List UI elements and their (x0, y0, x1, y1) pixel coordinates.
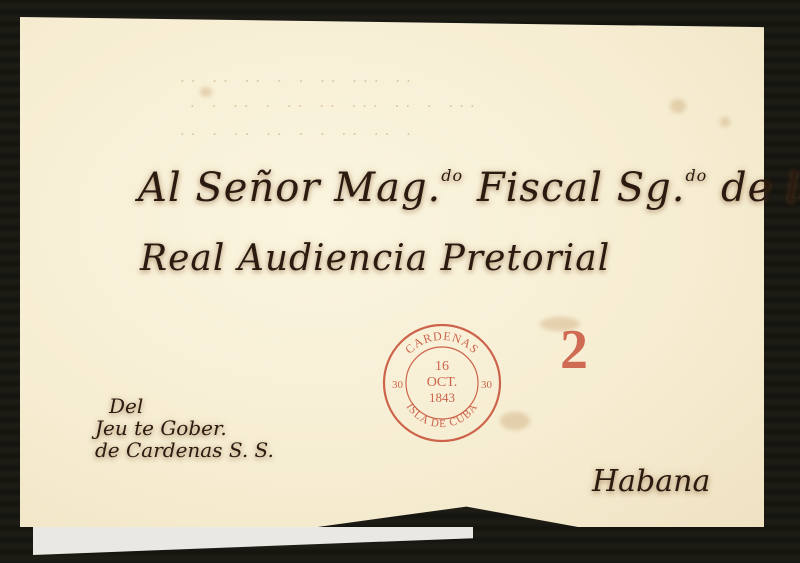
bleed-through-text: ·· · ·· ·· · · ·· ·· · (180, 125, 417, 143)
postmark-day: 16 (435, 359, 449, 374)
address-line-1: Al Señor Mag.do Fiscal Sg.do de la (138, 165, 800, 211)
foxing-stain (720, 117, 730, 127)
foxing-stain (670, 99, 686, 113)
postmark-side-right: 30 (481, 379, 493, 391)
bleed-through-text: ·· ·· ·· · · ·· ··· ·· (180, 72, 417, 90)
postmark-region: ISLA DE CUBA (404, 401, 481, 430)
bleed-through-text: · · ·· · ·· ·· ··· ·· · ··· (190, 97, 481, 115)
postmark-month: OCT. (427, 375, 457, 390)
foxing-stain (500, 412, 530, 430)
postmark-year: 1843 (429, 390, 455, 405)
destination: Habana (592, 464, 710, 499)
rate-marking: 2 (560, 322, 588, 378)
postmark-cancel: CARDENAS ISLA DE CUBA 16 OCT. 1843 30 30 (381, 322, 503, 444)
postmark-side-left: 30 (392, 379, 404, 391)
svg-text:ISLA DE CUBA: ISLA DE CUBA (404, 401, 481, 430)
sender-note: Del Jeu te Gober. de Cardenas S. S. (95, 395, 274, 461)
address-line-2: Real Audiencia Pretorial (140, 238, 610, 279)
